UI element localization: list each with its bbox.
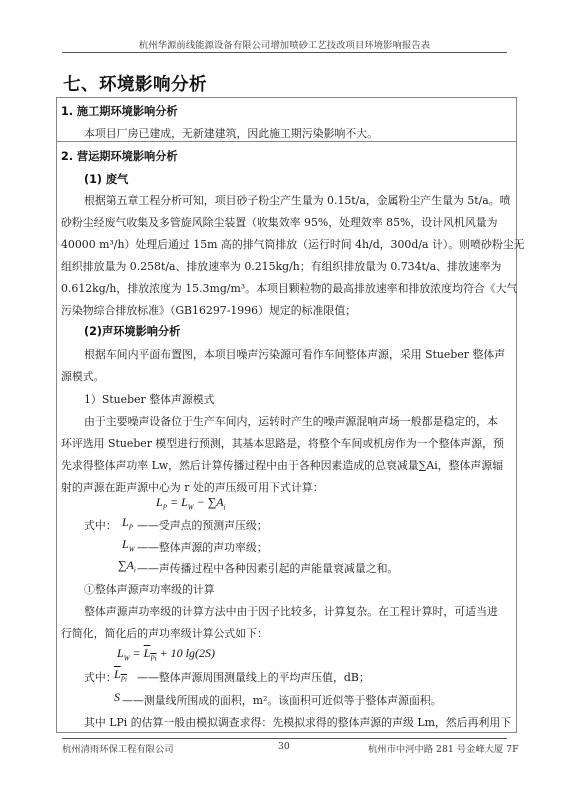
def-text: ——整体声源周围测量线上的平均声压值，dB； [137, 669, 370, 685]
page-number: 30 [278, 741, 290, 752]
model-line: 射的声源在距声源中心为 r 处的声压级可用下式计算： [61, 479, 324, 495]
noise-intro-line: 源模式。 [61, 368, 105, 384]
model-line: 环评选用 Stueber 模型进行预测，其基本思路是，将整个车间或机房作为一个整… [61, 435, 504, 451]
operation-heading: 2. 营运期环境影响分析 [61, 148, 178, 164]
where-label-2: 式中： [84, 669, 117, 685]
construction-text: 本项目厂房已建成，无新建建筑，因此施工期污染影响不大。 [84, 125, 378, 141]
def-text: ——整体声源的声功率级； [137, 539, 268, 555]
def-text: ——声传播过程中各种因素引起的声能量衰减量之和。 [137, 560, 398, 576]
model-line: 先求得整体声功率 Lw，然后计算传播过程中由于各种因素造成的总衰减量∑Ai，整体… [61, 457, 503, 473]
where-label: 式中： [84, 517, 117, 533]
calc-line: 整体声源声功率级的计算方法中由于因子比较多，计算复杂。在工程计算时，可适当进 [84, 603, 498, 619]
calc-line: 行简化，简化后的声功率级计算公式如下： [61, 625, 268, 641]
def-symbol-lpi: LPi [114, 667, 127, 682]
waste-gas-line: 40000 m³/h）处理后通过 15m 高的排气筒排放（运行时间 4h/d，3… [61, 236, 525, 252]
footer-address: 杭州市中河中路 281 号金峰大厦 7F [368, 741, 519, 755]
formula-lw: LW = LPi + 10 lg(2S) [117, 646, 215, 661]
waste-gas-heading: (1) 废气 [84, 171, 128, 187]
section-title: 七、环境影响分析 [63, 71, 207, 96]
waste-gas-line: 0.612kg/h，排放浓度为 15.3mg/m³。本项目颗粒物的最高排放速率和… [61, 280, 517, 296]
noise-intro-line: 根据车间内平面布置图，本项目噪声污染源可看作车间整体声源，采用 Stueber … [84, 346, 505, 362]
def-symbol-sum: ∑Ai [118, 558, 136, 573]
formula-lp: LP = LW − ∑Ai [156, 495, 226, 510]
page-header: 杭州华源前线能源设备有限公司增加喷砂工艺技改项目环境影响报告表 [62, 37, 507, 51]
def-symbol-lp: LP [122, 515, 133, 530]
header-rule [62, 52, 507, 53]
footer-rule [62, 738, 507, 739]
construction-heading: 1. 施工期环境影响分析 [61, 103, 178, 119]
waste-gas-line: 污染物综合排放标准》（GB16297-1996）规定的标准限值； [61, 302, 356, 318]
waste-gas-line: 砂粉尘经废气收集及多管旋风除尘装置（收集效率 95%，处理效率 85%，设计风机… [61, 214, 498, 230]
def-text: ——测量线所围成的面积，m²。该面积可近似等于整体声源面积。 [122, 692, 442, 708]
def-symbol-s: S [114, 690, 120, 705]
waste-gas-line: 组织排放量为 0.258t/a、排放速率为 0.215kg/h；有组织排放量为 … [61, 258, 501, 274]
model-line: 由于主要噪声设备位于生产车间内，运转时产生的噪声源混响声场一般都是稳定的，本 [84, 413, 498, 429]
def-symbol-lw: LW [122, 537, 135, 552]
def-text: ——受声点的预测声压级； [137, 517, 268, 533]
model-heading: 1）Stueber 整体声源模式 [84, 391, 215, 407]
waste-gas-line: 根据第五章工程分析可知，项目砂子粉尘产生量为 0.15t/a，金属粉尘产生量为 … [84, 192, 511, 208]
last-line: 其中 LPi 的估算一般由模拟调查求得：先模拟求得的整体声源的声级 Lm，然后再… [84, 714, 511, 730]
footer-company: 杭州清雨环保工程有限公司 [62, 741, 174, 755]
sub-heading: ①整体声源声功率级的计算 [84, 581, 215, 597]
noise-heading: (2)声环境影响分析 [84, 323, 180, 339]
